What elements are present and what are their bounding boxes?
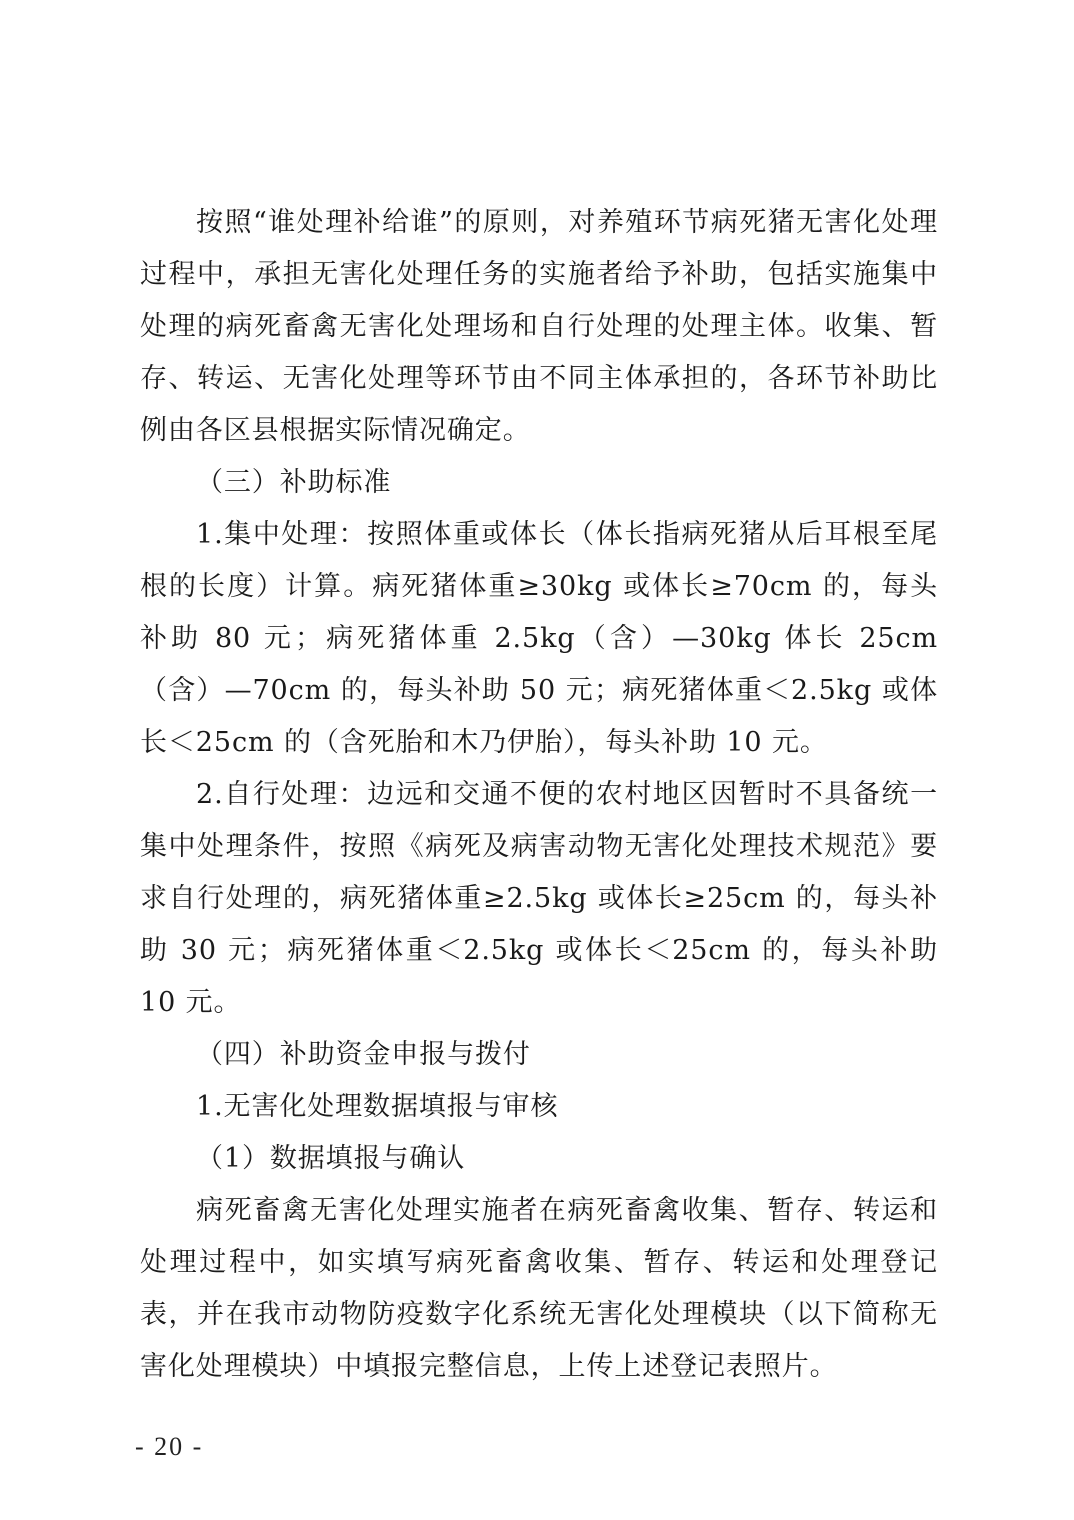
heading-subsidy-standard: （三）补助标准 <box>140 457 938 509</box>
paragraph-subsidy-principle: 按照“谁处理补给谁”的原则，对养殖环节病死猪无害化处理过程中，承担无害化处理任务… <box>140 197 938 457</box>
heading-data-reporting-review: 1.无害化处理数据填报与审核 <box>140 1081 938 1133</box>
paragraph-data-reporting: 病死畜禽无害化处理实施者在病死畜禽收集、暂存、转运和处理过程中，如实填写病死畜禽… <box>140 1185 938 1393</box>
heading-data-reporting-confirmation: （1）数据填报与确认 <box>140 1133 938 1185</box>
paragraph-centralized-treatment: 1.集中处理：按照体重或体长（体长指病死猪从后耳根至尾根的长度）计算。病死猪体重… <box>140 509 938 769</box>
paragraph-self-treatment: 2.自行处理：边远和交通不便的农村地区因暂时不具备统一集中处理条件，按照《病死及… <box>140 769 938 1029</box>
document-page: 按照“谁处理补给谁”的原则，对养殖环节病死猪无害化处理过程中，承担无害化处理任务… <box>0 0 1074 1520</box>
document-body: 按照“谁处理补给谁”的原则，对养殖环节病死猪无害化处理过程中，承担无害化处理任务… <box>140 197 938 1393</box>
page-number: - 20 - <box>135 1432 203 1462</box>
heading-fund-application: （四）补助资金申报与拨付 <box>140 1029 938 1081</box>
